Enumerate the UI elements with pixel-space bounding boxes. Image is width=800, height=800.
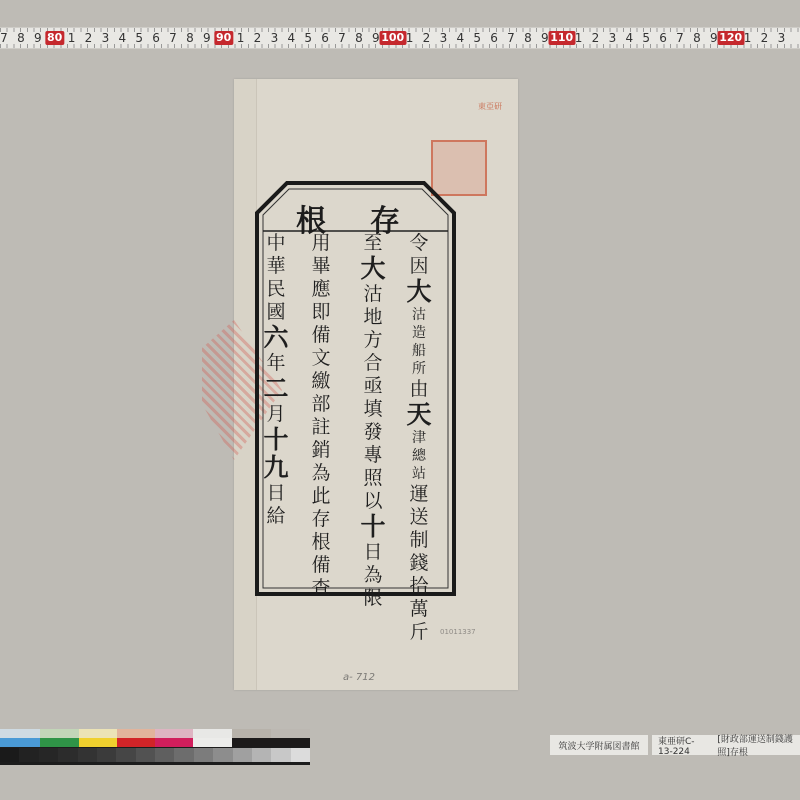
document-character: 月 [266,403,285,426]
ruler-label: 4 [456,31,464,45]
color-swatch [79,729,117,738]
color-swatch [117,738,155,747]
ruler-label: 7 [0,31,8,45]
document-character: 給 [266,505,285,528]
ruler-label: 9 [203,31,211,45]
color-swatch [40,738,79,747]
color-swatch [117,729,155,738]
ruler-label: 2 [423,31,431,45]
document-character: 沽 [363,283,382,306]
document-character: 文 [311,347,330,370]
ruler-label: 7 [169,31,177,45]
color-swatch [0,729,40,738]
color-swatch [232,729,271,738]
document-character: 為 [363,564,382,587]
color-swatch [79,738,117,747]
document-character: 站 [412,465,426,483]
document-character: 船 [412,342,426,360]
gray-swatch [116,748,135,762]
document-character: 備 [311,324,330,347]
gray-swatch [194,748,213,762]
ruler-label: 6 [659,31,667,45]
ruler-label: 3 [440,31,448,45]
document-character: 天 [406,401,431,429]
document-character: 因 [409,255,428,278]
ruler-label: 2 [592,31,600,45]
ruler-label: 2 [254,31,262,45]
ruler-label: 6 [321,31,329,45]
document-character: 銷 [311,439,330,462]
collection-seal-small: 東亞研 [478,101,502,112]
document-character: 錢 [409,552,428,575]
text-column-1: 令因大沽造船所由天津總站運送制錢拾萬斤 [404,232,434,644]
document-character: 用 [311,232,330,255]
document-character: 畢 [311,255,330,278]
color-swatch [155,729,193,738]
document-character: 斤 [409,621,428,644]
ruler-label: 1 [237,31,245,45]
gray-swatch [19,748,38,762]
document-character: 日 [363,541,382,564]
call-number: 東亜研C-13-224 [658,734,707,757]
document-character: 沽 [412,306,426,324]
ruler-label: 7 [338,31,346,45]
document-character: 繳 [311,370,330,393]
document-character: 造 [412,324,426,342]
gray-swatch [58,748,77,762]
color-swatch [193,738,232,747]
ruler-label: 3 [609,31,617,45]
document-character: 所 [412,360,426,378]
color-swatch [193,729,232,738]
text-column-3: 用畢應即備文繳部註銷為此存根備查 [306,232,336,600]
color-chart-grayscale-row [0,748,310,762]
ruler-label: 1 [406,31,414,45]
ruler-label: 4 [287,31,295,45]
ruler-label: 3 [102,31,110,45]
document-character: 大 [406,278,431,306]
ruler-label: 5 [642,31,650,45]
document-character: 年 [266,352,285,375]
document-character: 二 [263,375,288,403]
document-character: 根 [311,531,330,554]
ruler-label: 5 [473,31,481,45]
ruler-label: 2 [761,31,769,45]
color-chart-pastel-row [0,729,310,738]
ruler-label: 8 [693,31,701,45]
document-character: 日 [266,482,285,505]
library-label: 筑波大学附属図書館 [550,735,648,755]
document-character: 存 [311,508,330,531]
document-character: 專 [363,444,382,467]
document-character: 以 [363,490,382,513]
text-column-2: 至大沽地方合亟填發專照以十日為限 [358,232,388,610]
document-character: 亟 [363,375,382,398]
ruler-label: 5 [304,31,312,45]
document-character: 發 [363,421,382,444]
gray-swatch [233,748,252,762]
document-character: 部 [311,393,330,416]
document-character: 限 [363,587,382,610]
document-character: 方 [363,329,382,352]
document-character: 十 [360,513,385,541]
document-character: 送 [409,506,428,529]
ruler-label: 4 [118,31,126,45]
color-swatch [271,729,310,738]
document-character: 照 [363,467,382,490]
document-character: 津 [412,429,426,447]
ruler-label: 9 [34,31,42,45]
catalog-label: 東亜研C-13-224 [財政部運送制錢護照]存根 [652,735,800,755]
item-title: [財政部運送制錢護照]存根 [717,732,794,758]
ruler-label: 7 [676,31,684,45]
color-chart-saturated-row [0,738,310,747]
ruler-label: 1 [744,31,752,45]
ruler-label: 90 [214,31,233,45]
ruler-label: 4 [625,31,633,45]
ruler-label: 100 [379,31,406,45]
document-character: 由 [409,378,428,401]
measuring-ruler: 7898012345678990123456789100123456789110… [0,27,800,49]
document-character: 制 [409,529,428,552]
ruler-label: 8 [524,31,532,45]
ruler-label: 1 [575,31,583,45]
ruler-label: 6 [152,31,160,45]
gray-swatch [155,748,174,762]
document-character: 大 [360,255,385,283]
document-character: 華 [266,255,285,278]
gray-swatch [213,748,232,762]
color-calibration-chart [0,729,310,765]
document-character: 地 [363,306,382,329]
ruler-label: 110 [548,31,575,45]
document-character: 國 [266,301,285,324]
document-character: 合 [363,352,382,375]
document-character: 總 [412,447,426,465]
ruler-label: 2 [85,31,93,45]
gray-swatch [0,748,19,762]
gray-swatch [136,748,155,762]
document-character: 令 [409,232,428,255]
document-character: 填 [363,398,382,421]
document-character: 六 [263,324,288,352]
document-character: 至 [363,232,382,255]
document-character: 中 [266,232,285,255]
document-character: 即 [311,301,330,324]
ruler-label: 1 [68,31,76,45]
gray-swatch [78,748,97,762]
document-character: 萬 [409,598,428,621]
gray-swatch [174,748,193,762]
ruler-label: 8 [186,31,194,45]
ruler-label: 120 [717,31,744,45]
ruler-label: 8 [355,31,363,45]
document-character: 備 [311,554,330,577]
color-swatch [0,738,40,747]
gray-swatch [271,748,290,762]
color-swatch [271,738,310,747]
document-character: 拾 [409,575,428,598]
ruler-label: 80 [45,31,64,45]
document-character: 應 [311,278,330,301]
ruler-label: 6 [490,31,498,45]
document-character: 九 [263,454,288,482]
ruler-label: 5 [135,31,143,45]
ruler-label: 3 [271,31,279,45]
document-character: 註 [311,416,330,439]
document-character: 此 [311,485,330,508]
gray-swatch [252,748,271,762]
document-character: 為 [311,462,330,485]
gray-swatch [39,748,58,762]
ruler-label: 7 [507,31,515,45]
pencil-annotation: a- 712 [343,672,375,683]
gray-swatch [291,748,310,762]
color-swatch [232,738,271,747]
document-character: 十 [263,426,288,454]
document-character: 民 [266,278,285,301]
ruler-label: 3 [778,31,786,45]
text-column-4-date: 中華民國六年二月十九日給 [261,232,291,528]
color-swatch [40,729,79,738]
document-character: 查 [311,577,330,600]
color-swatch [155,738,193,747]
ruler-label: 8 [17,31,25,45]
gray-swatch [97,748,116,762]
serial-number-stamp: 01011337 [440,628,476,636]
document-character: 運 [409,483,428,506]
